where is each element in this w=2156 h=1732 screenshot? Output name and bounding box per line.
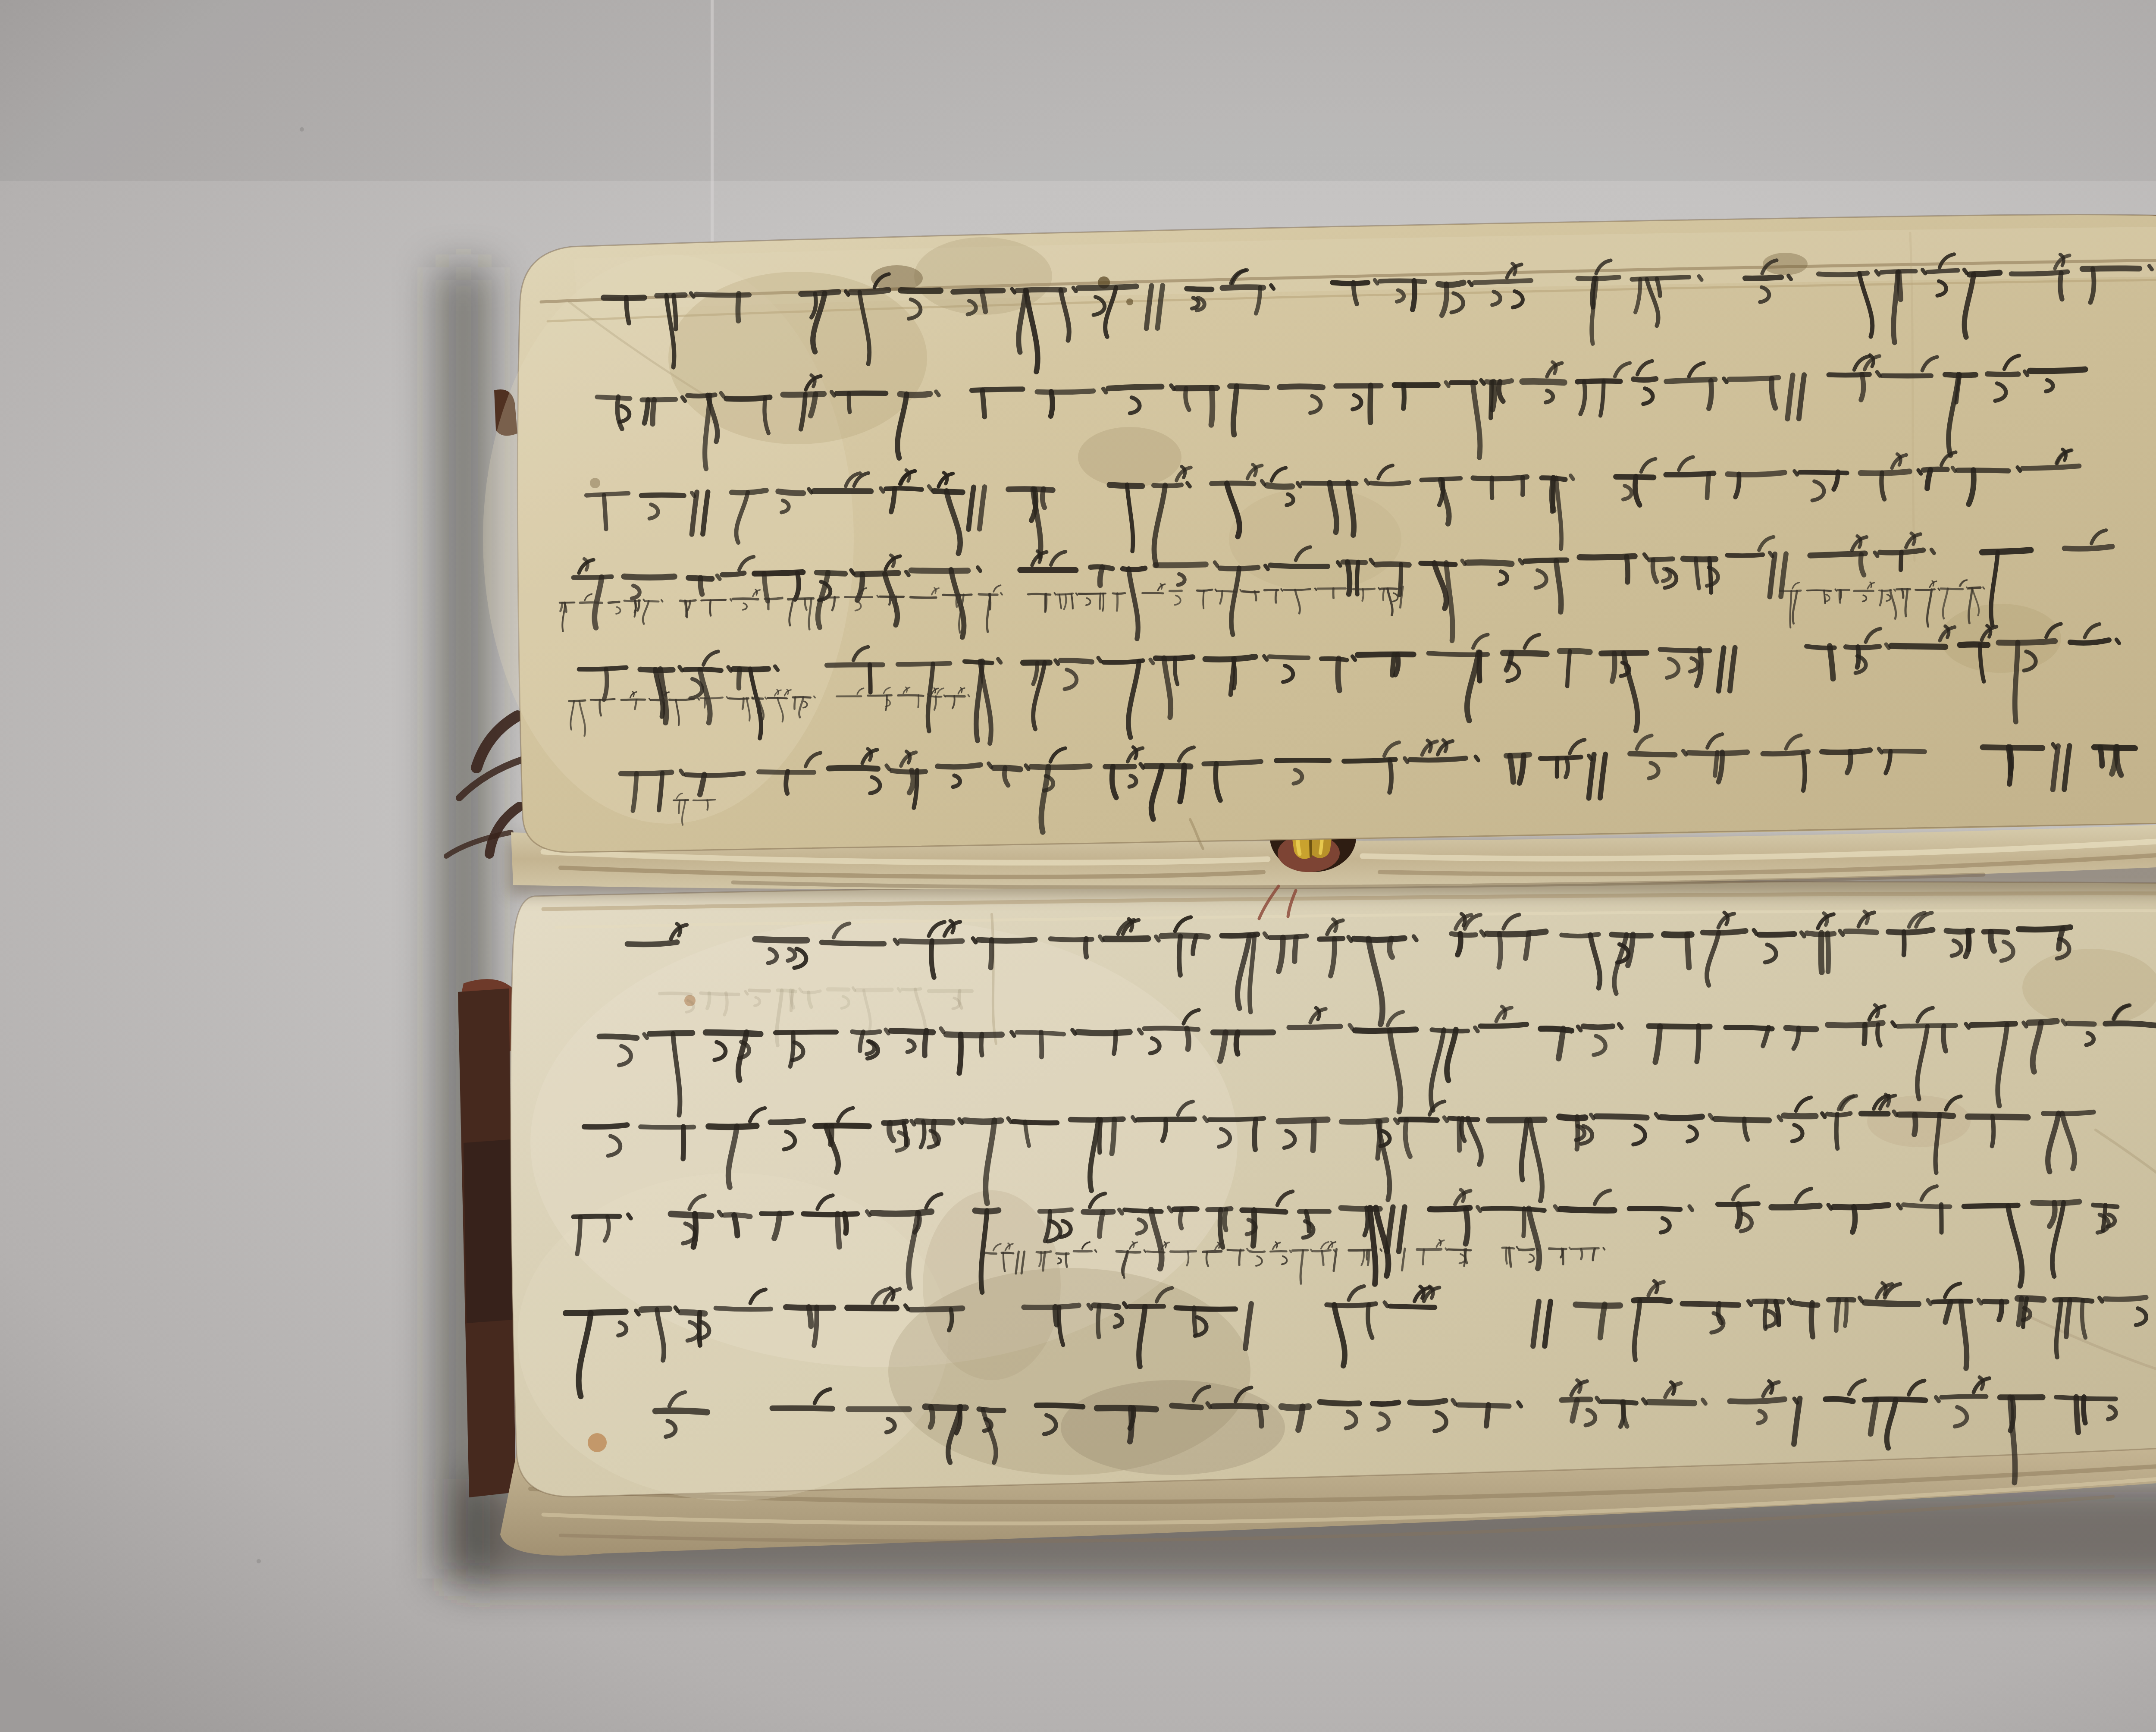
photo-scene <box>0 0 2156 1732</box>
cover-strip-left-dark <box>464 1139 513 1323</box>
manuscript-photo <box>0 0 2156 1732</box>
background-top-shading <box>0 0 2156 181</box>
background-streak <box>711 0 714 242</box>
